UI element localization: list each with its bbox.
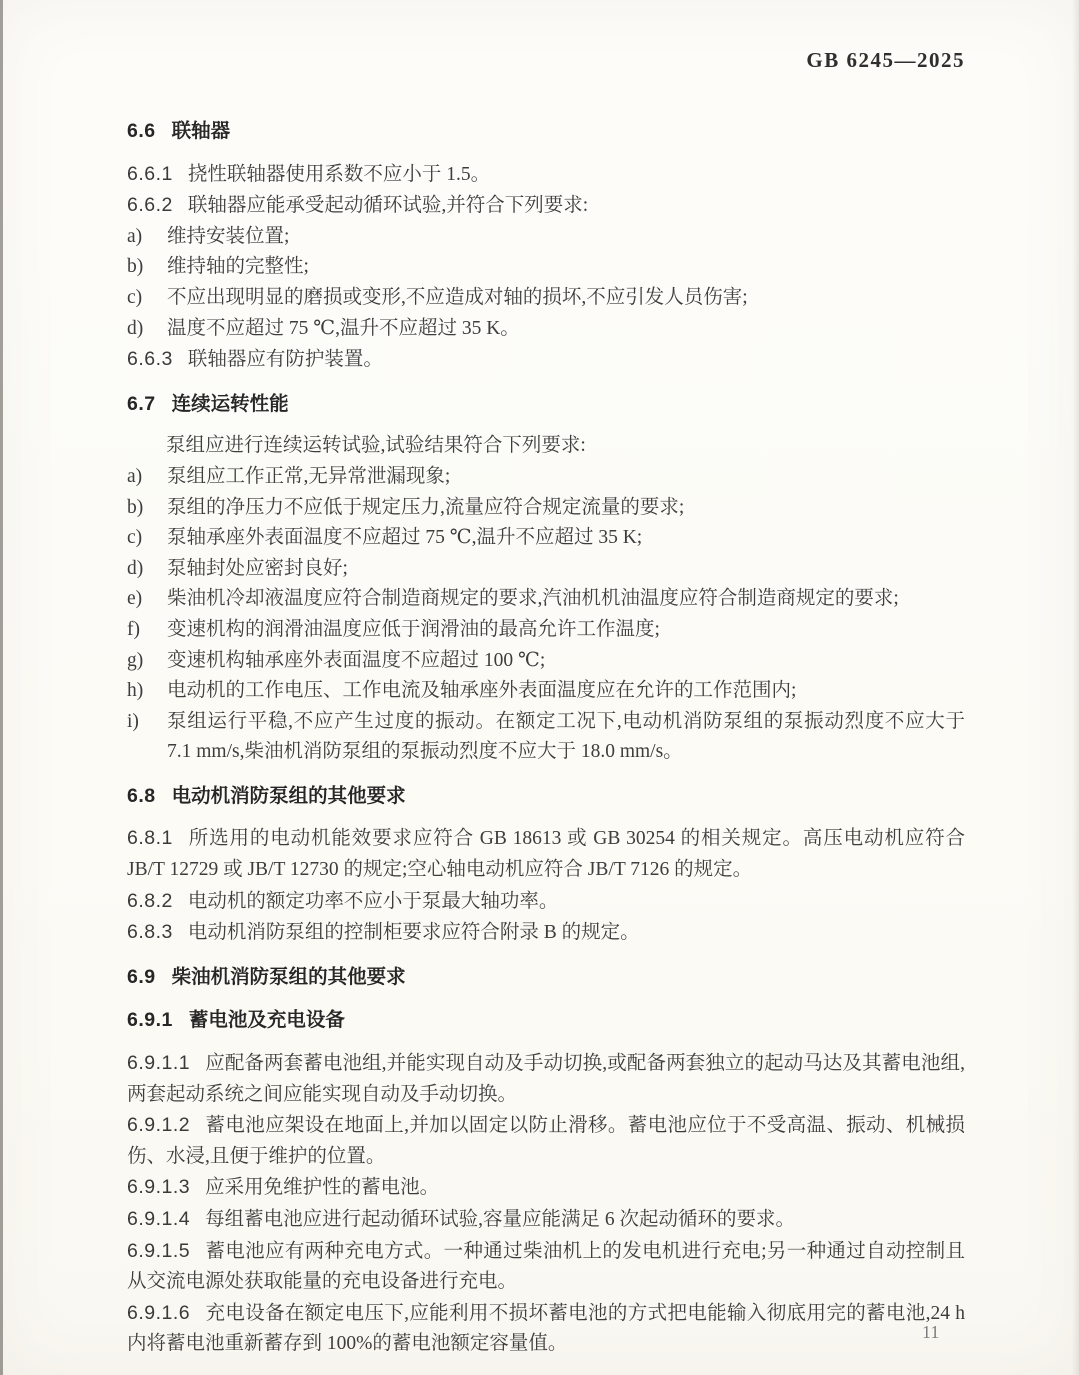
clause-6.9.1.4: 6.9.1.4每组蓄电池应进行起动循环试验,容量应能满足 6 次起动循环的要求。 (127, 1204, 965, 1236)
clause-6.9.1.6: 6.9.1.6充电设备在额定电压下,应能利用不损坏蓄电池的方式把电能输入彻底用完… (127, 1298, 965, 1360)
list-item-letter: d) (127, 554, 167, 585)
clause-number: 6.9.1.4 (127, 1208, 190, 1230)
clause-text: 所选用的电动机能效要求应符合 GB 18613 或 GB 30254 的相关规定… (127, 828, 965, 880)
list-item-letter: c) (127, 523, 167, 554)
list-item-text: 泵组运行平稳,不应产生过度的振动。在额定工况下,电动机消防泵组的泵振动烈度不应大… (167, 707, 965, 768)
page-left-edge (0, 0, 3, 1375)
list-item-text: 电动机的工作电压、工作电流及轴承座外表面温度应在允许的工作范围内; (167, 676, 965, 707)
list-item-text: 泵组应工作正常,无异常泄漏现象; (167, 462, 965, 493)
clause-text: 蓄电池应有两种充电方式。一种通过柴油机上的发电机进行充电;另一种通过自动控制且从… (127, 1241, 965, 1293)
list-item-text: 维持轴的完整性; (167, 252, 965, 283)
clause-number: 6.8.2 (127, 890, 173, 912)
clause-6.8.2: 6.8.2电动机的额定功率不应小于泵最大轴功率。 (127, 886, 965, 918)
section-heading-6.7: 6.7连续运转性能 (127, 389, 965, 420)
clause-text: 联轴器应能承受起动循环试验,并符合下列要求: (188, 195, 588, 216)
clause-text: 电动机消防泵组的控制柜要求应符合附录 B 的规定。 (188, 922, 640, 943)
section-title: 联轴器 (172, 120, 231, 142)
list-item-i: i)泵组运行平稳,不应产生过度的振动。在额定工况下,电动机消防泵组的泵振动烈度不… (127, 707, 965, 768)
clause-text: 联轴器应有防护装置。 (188, 349, 383, 370)
list-item-letter: b) (127, 252, 167, 283)
document-page: GB 6245—2025 6.6联轴器6.6.1挠性联轴器使用系数不应小于 1.… (0, 0, 1079, 1375)
section-number: 6.9 (127, 966, 156, 988)
clause-text: 应采用免维护性的蓄电池。 (205, 1177, 439, 1198)
list-item-letter: a) (127, 222, 167, 253)
clause-number: 6.9.1.6 (127, 1302, 190, 1324)
doc-number: GB 6245—2025 (806, 48, 965, 73)
intro-paragraph: 泵组应进行连续运转试验,试验结果符合下列要求: (127, 431, 965, 462)
section-title: 柴油机消防泵组的其他要求 (172, 966, 406, 988)
section-heading-6.9.1: 6.9.1蓄电池及充电设备 (127, 1005, 965, 1036)
list-item-c: c)泵轴承座外表面温度不应超过 75 ℃,温升不应超过 35 K; (127, 523, 965, 554)
clause-6.9.1.5: 6.9.1.5蓄电池应有两种充电方式。一种通过柴油机上的发电机进行充电;另一种通… (127, 1236, 965, 1298)
section-title: 电动机消防泵组的其他要求 (172, 785, 406, 807)
list-item-d: d)泵轴封处应密封良好; (127, 554, 965, 585)
clause-number: 6.6.1 (127, 163, 173, 185)
clause-6.6.2: 6.6.2联轴器应能承受起动循环试验,并符合下列要求: (127, 190, 965, 222)
section-number: 6.9.1 (127, 1009, 173, 1031)
list-item-b: b)维持轴的完整性; (127, 252, 965, 283)
list-item-h: h)电动机的工作电压、工作电流及轴承座外表面温度应在允许的工作范围内; (127, 676, 965, 707)
list-item-text: 维持安装位置; (167, 222, 965, 253)
section-heading-6.8: 6.8电动机消防泵组的其他要求 (127, 781, 965, 812)
section-number: 6.7 (127, 393, 156, 415)
paragraph-text: 泵组应进行连续运转试验,试验结果符合下列要求: (166, 435, 586, 456)
list-item-text: 泵轴封处应密封良好; (167, 554, 965, 585)
list-item-d: d)温度不应超过 75 ℃,温升不应超过 35 K。 (127, 314, 965, 345)
clause-number: 6.9.1.1 (127, 1052, 190, 1074)
clause-text: 蓄电池应架设在地面上,并加以固定以防止滑移。蓄电池应位于不受高温、振动、机械损伤… (127, 1115, 965, 1167)
section-heading-6.9: 6.9柴油机消防泵组的其他要求 (127, 962, 965, 993)
clause-text: 挠性联轴器使用系数不应小于 1.5。 (188, 164, 490, 185)
list-item-text: 泵轴承座外表面温度不应超过 75 ℃,温升不应超过 35 K; (167, 523, 965, 554)
clause-number: 6.8.1 (127, 827, 173, 849)
clause-6.9.1.2: 6.9.1.2蓄电池应架设在地面上,并加以固定以防止滑移。蓄电池应位于不受高温、… (127, 1110, 965, 1172)
list-item-letter: a) (127, 462, 167, 493)
list-item-letter: d) (127, 314, 167, 345)
clause-6.9.1.1: 6.9.1.1应配备两套蓄电池组,并能实现自动及手动切换,或配备两套独立的起动马… (127, 1048, 965, 1110)
clause-number: 6.9.1.5 (127, 1240, 190, 1262)
clause-text: 每组蓄电池应进行起动循环试验,容量应能满足 6 次起动循环的要求。 (205, 1209, 795, 1230)
clause-6.6.1: 6.6.1挠性联轴器使用系数不应小于 1.5。 (127, 159, 965, 191)
list-item-a: a)泵组应工作正常,无异常泄漏现象; (127, 462, 965, 493)
clause-number: 6.8.3 (127, 921, 173, 943)
list-item-letter: i) (127, 707, 167, 768)
clause-6.8.3: 6.8.3电动机消防泵组的控制柜要求应符合附录 B 的规定。 (127, 917, 965, 949)
page-number: 11 (922, 1322, 939, 1343)
section-heading-6.6: 6.6联轴器 (127, 116, 965, 147)
clause-number: 6.6.3 (127, 348, 173, 370)
list-item-text: 变速机构的润滑油温度应低于润滑油的最高允许工作温度; (167, 615, 965, 646)
clause-6.8.1: 6.8.1所选用的电动机能效要求应符合 GB 18613 或 GB 30254 … (127, 823, 965, 885)
clause-6.9.1.3: 6.9.1.3应采用免维护性的蓄电池。 (127, 1172, 965, 1204)
section-title: 连续运转性能 (172, 393, 289, 415)
list-item-f: f)变速机构的润滑油温度应低于润滑油的最高允许工作温度; (127, 615, 965, 646)
list-item-text: 变速机构轴承座外表面温度不应超过 100 ℃; (167, 646, 965, 677)
list-item-letter: e) (127, 584, 167, 615)
clause-6.6.3: 6.6.3联轴器应有防护装置。 (127, 344, 965, 376)
list-item-letter: c) (127, 283, 167, 314)
list-item-c: c)不应出现明显的磨损或变形,不应造成对轴的损坏,不应引发人员伤害; (127, 283, 965, 314)
clause-number: 6.6.2 (127, 194, 173, 216)
list-item-letter: h) (127, 676, 167, 707)
document-body: 6.6联轴器6.6.1挠性联轴器使用系数不应小于 1.5。6.6.2联轴器应能承… (127, 103, 965, 1360)
clause-number: 6.9.1.2 (127, 1114, 190, 1136)
list-item-g: g)变速机构轴承座外表面温度不应超过 100 ℃; (127, 646, 965, 677)
list-item-a: a)维持安装位置; (127, 222, 965, 253)
list-item-letter: f) (127, 615, 167, 646)
list-item-text: 不应出现明显的磨损或变形,不应造成对轴的损坏,不应引发人员伤害; (167, 283, 965, 314)
list-item-text: 泵组的净压力不应低于规定压力,流量应符合规定流量的要求; (167, 493, 965, 524)
page-right-edge (1072, 0, 1079, 1375)
list-item-letter: b) (127, 493, 167, 524)
clause-text: 应配备两套蓄电池组,并能实现自动及手动切换,或配备两套独立的起动马达及其蓄电池组… (127, 1053, 965, 1105)
section-title: 蓄电池及充电设备 (189, 1009, 345, 1031)
section-number: 6.8 (127, 785, 156, 807)
list-item-text: 温度不应超过 75 ℃,温升不应超过 35 K。 (167, 314, 965, 345)
section-number: 6.6 (127, 120, 156, 142)
list-item-letter: g) (127, 646, 167, 677)
clause-text: 充电设备在额定电压下,应能利用不损坏蓄电池的方式把电能输入彻底用完的蓄电池,24… (127, 1303, 965, 1355)
clause-text: 电动机的额定功率不应小于泵最大轴功率。 (188, 891, 559, 912)
list-item-b: b)泵组的净压力不应低于规定压力,流量应符合规定流量的要求; (127, 493, 965, 524)
list-item-text: 柴油机冷却液温度应符合制造商规定的要求,汽油机机油温度应符合制造商规定的要求; (167, 584, 965, 615)
clause-number: 6.9.1.3 (127, 1176, 190, 1198)
list-item-e: e)柴油机冷却液温度应符合制造商规定的要求,汽油机机油温度应符合制造商规定的要求… (127, 584, 965, 615)
